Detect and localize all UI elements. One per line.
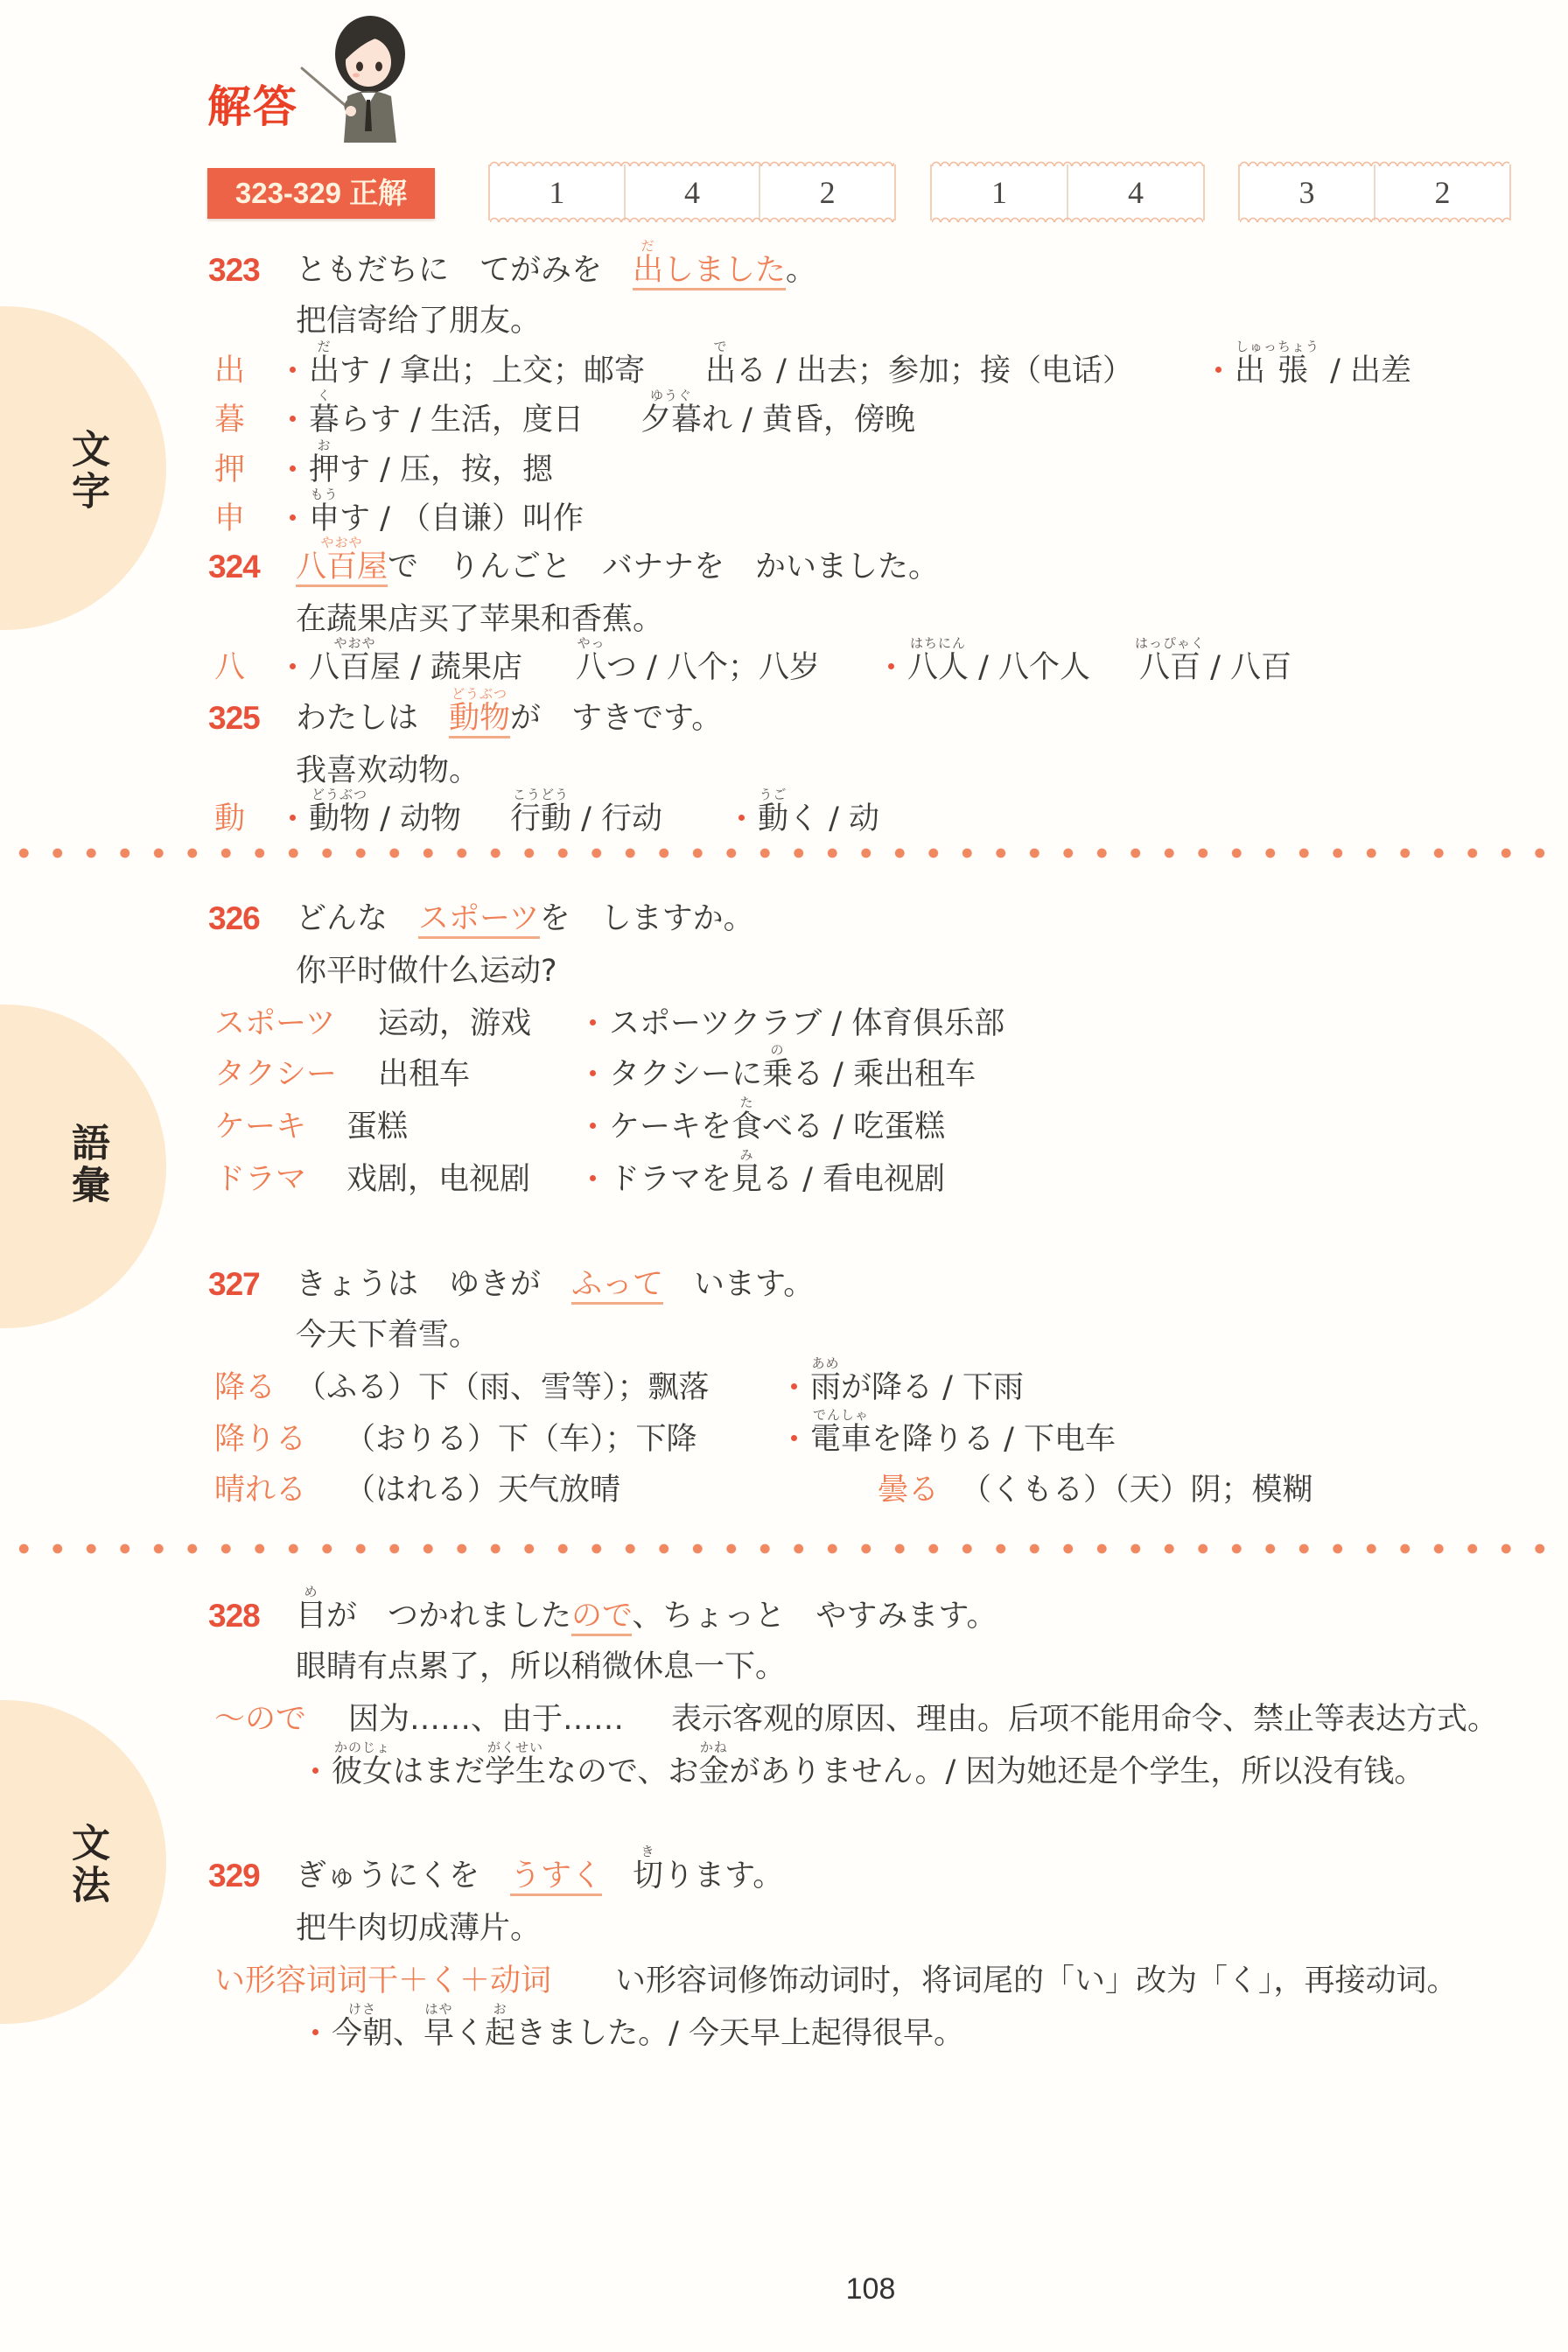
ruby-base: 出 <box>309 353 339 388</box>
furigana: どうぶつ <box>414 688 545 701</box>
example-text: る / 乘出租车 <box>793 1057 976 1092</box>
grammar-example: 彼女かのじょはまだ学生がくせいなので、お金かねがありません。/ 因为她还是个学生… <box>0 1753 1568 1791</box>
translation-text: 你平时做什么运动? <box>296 952 557 990</box>
bullet-icon <box>590 1123 596 1129</box>
ruby: 出だ <box>309 352 339 390</box>
note-item: 出でる / 出去；参加；接（电话） <box>705 352 1133 390</box>
bullet-icon <box>590 1175 596 1181</box>
example-text: る / 看电视剧 <box>762 1162 945 1197</box>
ruby-base: 出張 <box>1235 353 1320 388</box>
vocab-meaning: （おりる）下（车）；下降 <box>345 1420 697 1459</box>
ruby: 食た <box>731 1108 762 1146</box>
ruby-base: 雨 <box>810 1370 841 1405</box>
translation-325: 我喜欢动物。 <box>0 752 1568 790</box>
note-text: す / 拿出；上交；邮寄 <box>339 353 645 388</box>
example-text: を降りる / 下电车 <box>871 1422 1116 1457</box>
grammar-meaning: 因为……、由于…… <box>348 1700 624 1739</box>
ruby: 八人はちにん <box>907 648 969 687</box>
grammar-description: い形容词修饰动词时，将词尾的「い」改为「く」，再接动词。 <box>615 1962 1458 2000</box>
note-text: れ / 黄昏，傍晚 <box>702 402 915 437</box>
question-number: 328 <box>208 1597 260 1635</box>
answer-cell-328: 3 <box>1240 164 1375 220</box>
translation-324: 在蔬果店买了苹果和香蕉。 <box>0 600 1568 639</box>
vocab-row: スポーツ 运动，游戏 スポーツクラブ / 体育俱乐部 <box>0 1004 1568 1043</box>
ruby: 見み <box>731 1160 762 1199</box>
vocab-example: ドラマを見みる / 看电视剧 <box>590 1160 945 1199</box>
answer-cell-325: 2 <box>760 164 894 220</box>
vocab-row: タクシー 出租车 タクシーに乗のる / 乘出租车 <box>0 1055 1568 1094</box>
ruby-base: 夕暮 <box>640 402 702 437</box>
ruby: 電車でんしゃ <box>810 1420 871 1459</box>
vocab-example: スポーツクラブ / 体育俱乐部 <box>590 1004 1004 1043</box>
grammar-pattern: い形容词词干＋く＋动词 <box>214 1962 551 2000</box>
furigana: かね <box>663 1741 764 1754</box>
ruby-base: 学生 <box>485 1754 546 1789</box>
ruby: 暮く <box>309 401 339 439</box>
vocab-meaning: （くもる）（天）阴；模糊 <box>961 1471 1313 1509</box>
ruby-base: 早 <box>423 2016 454 2051</box>
furigana: た <box>696 1096 797 1109</box>
question-sentence: 八百屋やおやで りんごと バナナを かいました。 <box>296 548 939 586</box>
note-text: / 蔬果店 <box>401 650 522 685</box>
ruby: 彼女かのじょ <box>332 1753 393 1791</box>
note-text: す / 压，按，摁 <box>339 452 553 487</box>
question-number: 329 <box>208 1857 260 1895</box>
furigana: しゅっちょう <box>1200 340 1355 353</box>
translation-326: 你平时做什么运动? <box>0 952 1568 990</box>
furigana: もう <box>274 488 374 501</box>
ruby: 出だ <box>633 251 663 290</box>
translation-327: 今天下着雪。 <box>0 1316 1568 1354</box>
question-number: 327 <box>208 1265 260 1304</box>
kanji-note-row: 八 八百屋やおや / 蔬果店 八やっつ / 八个；八岁 八人はちにん / 八个人… <box>0 648 1568 687</box>
ruby-base: 目 <box>296 1599 326 1634</box>
ruby-base: 動物 <box>309 801 370 836</box>
note-text: / 行动 <box>571 801 662 836</box>
vocab-meaning: 运动，游戏 <box>378 1004 531 1043</box>
ruby: 夕暮ゆうぐ <box>640 401 702 439</box>
vocab-meaning: 出租车 <box>378 1055 470 1094</box>
furigana: やおや <box>274 637 436 650</box>
translation-328: 眼睛有点累了，所以稍微休息一下。 <box>0 1648 1568 1686</box>
bullet-icon <box>791 1383 797 1389</box>
example-text: タクシーに <box>609 1057 762 1092</box>
answer-highlight: うすく <box>510 1858 602 1896</box>
furigana: あめ <box>775 1357 876 1370</box>
kanji-label: 申 <box>214 500 245 538</box>
dotted-divider <box>7 1543 1568 1554</box>
furigana: だ <box>598 240 698 253</box>
note-item: 夕暮ゆうぐれ / 黄昏，傍晚 <box>640 401 915 439</box>
note-item: 八人はちにん / 八个人 <box>888 648 1090 687</box>
kanji-label: 暮 <box>214 401 245 439</box>
vocab-word: ケーキ <box>214 1108 306 1146</box>
note-text: / 动物 <box>370 801 461 836</box>
ruby-base: 切 <box>633 1858 663 1893</box>
ruby-base: 暮 <box>309 402 339 437</box>
vocab-row: 降る （ふる）下（雨、雪等）；飘落 雨あめが降る / 下雨 <box>0 1368 1568 1407</box>
ruby: 押お <box>309 451 339 489</box>
question-sentence: きょうは ゆきが ふって います。 <box>296 1265 814 1304</box>
question-sentence: どんな スポーツを しますか。 <box>296 899 754 938</box>
ruby: 八百屋やおや <box>296 548 388 586</box>
furigana: み <box>696 1149 797 1162</box>
bullet-icon <box>312 1767 318 1774</box>
furigana: で <box>670 340 771 353</box>
furigana: ゆうぐ <box>605 389 737 402</box>
question-329: 329 ぎゅうにくを うすく 切きります。 <box>0 1857 1568 1895</box>
sentence-text: ともだちに てがみを <box>296 253 633 288</box>
kanji-note-row: 動 動物どうぶつ / 动物 行動こうどう / 行动 動うごく / 动 <box>0 800 1568 838</box>
sentence-text: どんな <box>296 901 418 936</box>
ruby-base: 八百屋 <box>296 549 388 584</box>
furigana: うご <box>723 788 823 801</box>
note-item: 行動こうどう / 行动 <box>510 800 662 838</box>
grammar-pattern: ～ので <box>214 1700 306 1739</box>
ruby: 金かね <box>698 1753 729 1791</box>
vocab-meaning: （はれる）天气放晴 <box>345 1471 620 1509</box>
ruby-base: 八百 <box>1139 650 1200 685</box>
sentence-text <box>602 1858 633 1893</box>
ruby: 今朝けさ <box>332 2014 393 2053</box>
answer-text: しました <box>663 253 786 288</box>
question-sentence: わたしは 動物どうぶつが すきです。 <box>296 699 722 738</box>
translation-323: 把信寄给了朋友。 <box>0 302 1568 340</box>
furigana: がくせい <box>450 1741 581 1754</box>
note-text: / 八百 <box>1200 650 1291 685</box>
question-number: 326 <box>208 899 260 938</box>
page-number: 108 <box>836 2272 906 2306</box>
ruby-base: 出 <box>633 253 663 288</box>
question-326: 326 どんな スポーツを しますか。 <box>0 899 1568 938</box>
ruby: 目め <box>296 1597 326 1635</box>
note-item: 暮くらす / 生活，度日 <box>290 401 584 439</box>
kanji-note-row: 押 押おす / 压，按，摁 <box>0 451 1568 489</box>
ruby: 早はや <box>423 2014 454 2053</box>
question-sentence: ともだちに てがみを 出だしました。 <box>296 251 816 290</box>
sentence-text: を しますか。 <box>540 901 754 936</box>
ruby-base: 出 <box>705 353 736 388</box>
wavy-border-top <box>1240 161 1509 166</box>
ruby-base: 行動 <box>510 801 571 836</box>
example-text: がありません。/ 因为她还是个学生，所以没有钱。 <box>729 1754 1424 1789</box>
note-text: す / （自谦）叫作 <box>339 501 584 536</box>
ruby: 八百屋やおや <box>309 648 401 687</box>
kanji-label: 押 <box>214 451 245 489</box>
furigana: き <box>598 1845 698 1858</box>
wavy-border-top <box>932 161 1203 166</box>
answer-group-2: 1 4 <box>930 164 1205 220</box>
question-sentence: 目めが つかれましたので、ちょっと やすみます。 <box>296 1597 997 1635</box>
example-text: 、 <box>393 2016 423 2051</box>
translation-text: 在蔬果店买了苹果和香蕉。 <box>296 600 663 639</box>
translation-text: 把牛肉切成薄片。 <box>296 1909 541 1948</box>
ruby-base: 動物 <box>449 701 510 736</box>
ruby: 動物どうぶつ <box>449 699 510 738</box>
vocab-word: スポーツ <box>214 1004 336 1043</box>
ruby: 乗の <box>762 1055 793 1094</box>
furigana: どうぶつ <box>274 788 405 801</box>
vocab-meaning: （ふる）下（雨、雪等）；飘落 <box>296 1368 710 1407</box>
example-text: はまだ <box>393 1754 485 1789</box>
furigana: やっ <box>541 637 641 650</box>
ruby: 申もう <box>309 500 339 538</box>
ruby: 起お <box>485 2014 515 2053</box>
note-item: 八百はっぴゃく / 八百 <box>1139 648 1291 687</box>
bullet-icon <box>1215 367 1221 373</box>
example-text: く <box>454 2016 485 2051</box>
answer-highlight: ので <box>571 1599 632 1636</box>
translation-text: 眼睛有点累了，所以稍微休息一下。 <box>296 1648 786 1686</box>
grammar-example: 今朝けさ、早はやく起おきました。/ 今天早上起得很早。 <box>0 2014 1568 2053</box>
sentence-text: 。 <box>786 253 816 288</box>
example-sentence: 彼女かのじょはまだ学生がくせいなので、お金かねがありません。/ 因为她还是个学生… <box>312 1753 1424 1791</box>
answer-group-1: 1 4 2 <box>488 164 896 220</box>
vocab-example: ケーキを食たべる / 吃蛋糕 <box>590 1108 945 1146</box>
dotted-divider <box>7 848 1568 858</box>
example-text: べる / 吃蛋糕 <box>762 1109 945 1144</box>
note-item: 出張しゅっちょう / 出差 <box>1215 352 1411 390</box>
question-325: 325 わたしは 動物どうぶつが すきです。 <box>0 699 1568 738</box>
vocab-example: 電車でんしゃを降りる / 下电车 <box>791 1420 1116 1459</box>
question-number: 325 <box>208 699 260 738</box>
ruby-base: 金 <box>698 1754 729 1789</box>
translation-text: 我喜欢动物。 <box>296 752 479 790</box>
vocab-example: タクシーに乗のる / 乘出租车 <box>590 1055 976 1094</box>
answer-highlight: 出だしました <box>633 253 786 290</box>
bullet-icon <box>290 416 296 422</box>
ruby: 出張しゅっちょう <box>1235 352 1320 390</box>
answer-cell-324: 4 <box>626 164 761 220</box>
note-text: / 出差 <box>1320 353 1411 388</box>
ruby: 八百はっぴゃく <box>1139 648 1200 687</box>
page-title: 解答 <box>207 82 298 131</box>
furigana: だ <box>274 340 374 353</box>
note-text: らす / 生活，度日 <box>339 402 584 437</box>
vocab-row: ケーキ 蛋糕 ケーキを食たべる / 吃蛋糕 <box>0 1108 1568 1146</box>
vocab-word: タクシー <box>214 1055 337 1094</box>
furigana: く <box>274 389 374 402</box>
answer-highlight: 動物どうぶつ <box>449 701 510 738</box>
grammar-row: ～ので 因为……、由于…… 表示客观的原因、理由。后项不能用命令、禁止等表达方式… <box>0 1700 1568 1739</box>
question-number: 323 <box>208 251 260 290</box>
ruby-base: 見 <box>731 1162 762 1197</box>
question-324: 324 八百屋やおやで りんごと バナナを かいました。 <box>0 548 1568 586</box>
vocab-word: 晴れる <box>214 1471 306 1509</box>
example-text: なので、お <box>546 1754 698 1789</box>
answer-highlight: スポーツ <box>418 901 540 939</box>
wavy-border-top <box>490 161 894 166</box>
ruby-base: 電車 <box>810 1422 871 1457</box>
vocab-word: 降る <box>214 1368 276 1407</box>
answer-cell-327: 4 <box>1068 164 1203 220</box>
note-item: 押おす / 压，按，摁 <box>290 451 553 489</box>
translation-text: 把信寄给了朋友。 <box>296 302 541 340</box>
ruby-base: 八人 <box>907 650 969 685</box>
vocab-word: ドラマ <box>214 1160 306 1199</box>
example-text: きました。/ 今天早上起得很早。 <box>515 2016 964 2051</box>
sentence-text: います。 <box>663 1267 814 1302</box>
vocab-word: 降りる <box>214 1420 306 1459</box>
bullet-icon <box>888 663 894 669</box>
sentence-text: わたしは <box>296 701 449 736</box>
ruby: 八やっ <box>576 648 606 687</box>
note-item: 八やっつ / 八个；八岁 <box>576 648 820 687</box>
example-text: スポーツクラブ / 体育俱乐部 <box>609 1006 1004 1041</box>
kanji-note-row: 申 申もうす / （自谦）叫作 <box>0 500 1568 538</box>
question-323: 323 ともだちに てがみを 出だしました。 <box>0 251 1568 290</box>
kanji-label: 動 <box>214 800 245 838</box>
ruby: 雨あめ <box>810 1368 841 1407</box>
bullet-icon <box>791 1435 797 1441</box>
note-item: 申もうす / （自谦）叫作 <box>290 500 584 538</box>
ruby: 動うご <box>758 800 788 838</box>
answer-cell-329: 2 <box>1375 164 1509 220</box>
bullet-icon <box>590 1019 596 1025</box>
ruby-base: 食 <box>731 1109 762 1144</box>
furigana: の <box>727 1044 828 1057</box>
furigana: はちにん <box>872 637 1004 650</box>
note-item: 動物どうぶつ / 动物 <box>290 800 461 838</box>
ruby-base: 乗 <box>762 1057 793 1092</box>
kanji-note-row: 暮 暮くらす / 生活，度日 夕暮ゆうぐれ / 黄昏，傍晚 <box>0 401 1568 439</box>
note-item: 八百屋やおや / 蔬果店 <box>290 648 522 687</box>
vocab-meaning: 蛋糕 <box>346 1108 408 1146</box>
kanji-label: 出 <box>214 352 245 390</box>
sentence-text: ぎゅうにくを <box>296 1858 510 1893</box>
grammar-row: い形容词词干＋く＋动词 い形容词修饰动词时，将词尾的「い」改为「く」，再接动词。 <box>0 1962 1568 2000</box>
wavy-border-bottom <box>932 217 1203 222</box>
furigana: お <box>274 439 374 452</box>
answer-range-badge: 323-329 正解 <box>207 168 435 219</box>
vocab-row: 晴れる （はれる）天气放晴 曇る （くもる）（天）阴；模糊 <box>0 1471 1568 1509</box>
question-328: 328 目めが つかれましたので、ちょっと やすみます。 <box>0 1597 1568 1635</box>
furigana: め <box>261 1585 361 1599</box>
example-text: が降る / 下雨 <box>841 1370 1024 1405</box>
question-sentence: ぎゅうにくを うすく 切きります。 <box>296 1857 783 1895</box>
ruby-base: 八百屋 <box>309 650 401 685</box>
answer-group-3: 3 2 <box>1238 164 1511 220</box>
answer-cell-326: 1 <box>932 164 1068 220</box>
bullet-icon <box>290 465 296 472</box>
ruby-base: 今朝 <box>332 2016 393 2051</box>
ruby-base: 申 <box>309 501 339 536</box>
example-text: ドラマを <box>609 1162 731 1197</box>
bullet-icon <box>738 815 745 821</box>
furigana: お <box>450 2003 550 2016</box>
ruby-base: 彼女 <box>332 1754 393 1789</box>
answer-cell-323: 1 <box>490 164 626 220</box>
sentence-text: が すきです。 <box>510 701 722 736</box>
furigana: はっぴゃく <box>1104 637 1235 650</box>
bullet-icon <box>290 815 296 821</box>
sentence-text: ります。 <box>663 1858 783 1893</box>
kanji-label: 八 <box>214 648 245 687</box>
note-text: / 八个人 <box>969 650 1090 685</box>
note-item: 出だす / 拿出；上交；邮寄 <box>290 352 645 390</box>
ruby-base: 八 <box>576 650 606 685</box>
question-number: 324 <box>208 548 260 586</box>
question-327: 327 きょうは ゆきが ふって います。 <box>0 1265 1568 1304</box>
example-text: ケーキを <box>609 1109 731 1144</box>
note-text: く / 动 <box>788 801 879 836</box>
ruby-base: 起 <box>485 2016 515 2051</box>
bullet-icon <box>290 367 296 373</box>
bullet-icon <box>312 2029 318 2035</box>
wavy-border-bottom <box>490 217 894 222</box>
answer-page: 文字 語彙 文法 解答 323-329 正解 1 4 2 1 4 3 2 <box>0 0 1568 2352</box>
example-sentence: 今朝けさ、早はやく起おきました。/ 今天早上起得很早。 <box>312 2014 964 2053</box>
ruby-base: 動 <box>758 801 788 836</box>
ruby: 切き <box>633 1857 663 1895</box>
note-item: 動うごく / 动 <box>738 800 879 838</box>
bullet-icon <box>290 514 296 521</box>
wavy-border-bottom <box>1240 217 1509 222</box>
ruby-base: 押 <box>309 452 339 487</box>
vocab-row: ドラマ 戏剧，电视剧 ドラマを見みる / 看电视剧 <box>0 1160 1568 1199</box>
kanji-note-row: 出 出だす / 拿出；上交；邮寄 出でる / 出去；参加；接（电话） 出張しゅっ… <box>0 352 1568 390</box>
translation-text: 今天下着雪。 <box>296 1316 479 1354</box>
note-text: つ / 八个；八岁 <box>606 650 820 685</box>
translation-329: 把牛肉切成薄片。 <box>0 1909 1568 1948</box>
vocab-row: 降りる （おりる）下（车）；下降 電車でんしゃを降りる / 下电车 <box>0 1420 1568 1459</box>
furigana: やおや <box>261 536 423 549</box>
ruby: 行動こうどう <box>510 800 571 838</box>
grammar-description: 表示客观的原因、理由。后项不能用命令、禁止等表达方式。 <box>671 1700 1498 1739</box>
furigana: かのじょ <box>297 1741 428 1754</box>
teacher-illustration-icon <box>300 7 414 143</box>
vocab-meaning: 戏剧，电视剧 <box>346 1160 530 1199</box>
note-text: る / 出去；参加；接（电话） <box>736 353 1133 388</box>
answer-highlight: ふって <box>571 1267 663 1305</box>
furigana: でんしゃ <box>775 1409 906 1422</box>
bullet-icon <box>290 663 296 669</box>
sentence-text: が つかれました <box>326 1599 571 1634</box>
vocab-example: 雨あめが降る / 下雨 <box>791 1368 1024 1407</box>
answer-highlight: 八百屋やおや <box>296 549 388 587</box>
ruby: 動物どうぶつ <box>309 800 370 838</box>
sentence-text: きょうは ゆきが <box>296 1267 571 1302</box>
bullet-icon <box>590 1070 596 1076</box>
vocab-word: 曇る <box>878 1471 939 1509</box>
sentence-text: 、ちょっと やすみます。 <box>632 1599 997 1634</box>
ruby: 学生がくせい <box>485 1753 546 1791</box>
sentence-text: で りんごと バナナを かいました。 <box>388 549 939 584</box>
furigana: こうどう <box>475 788 606 801</box>
ruby: 出で <box>705 352 736 390</box>
